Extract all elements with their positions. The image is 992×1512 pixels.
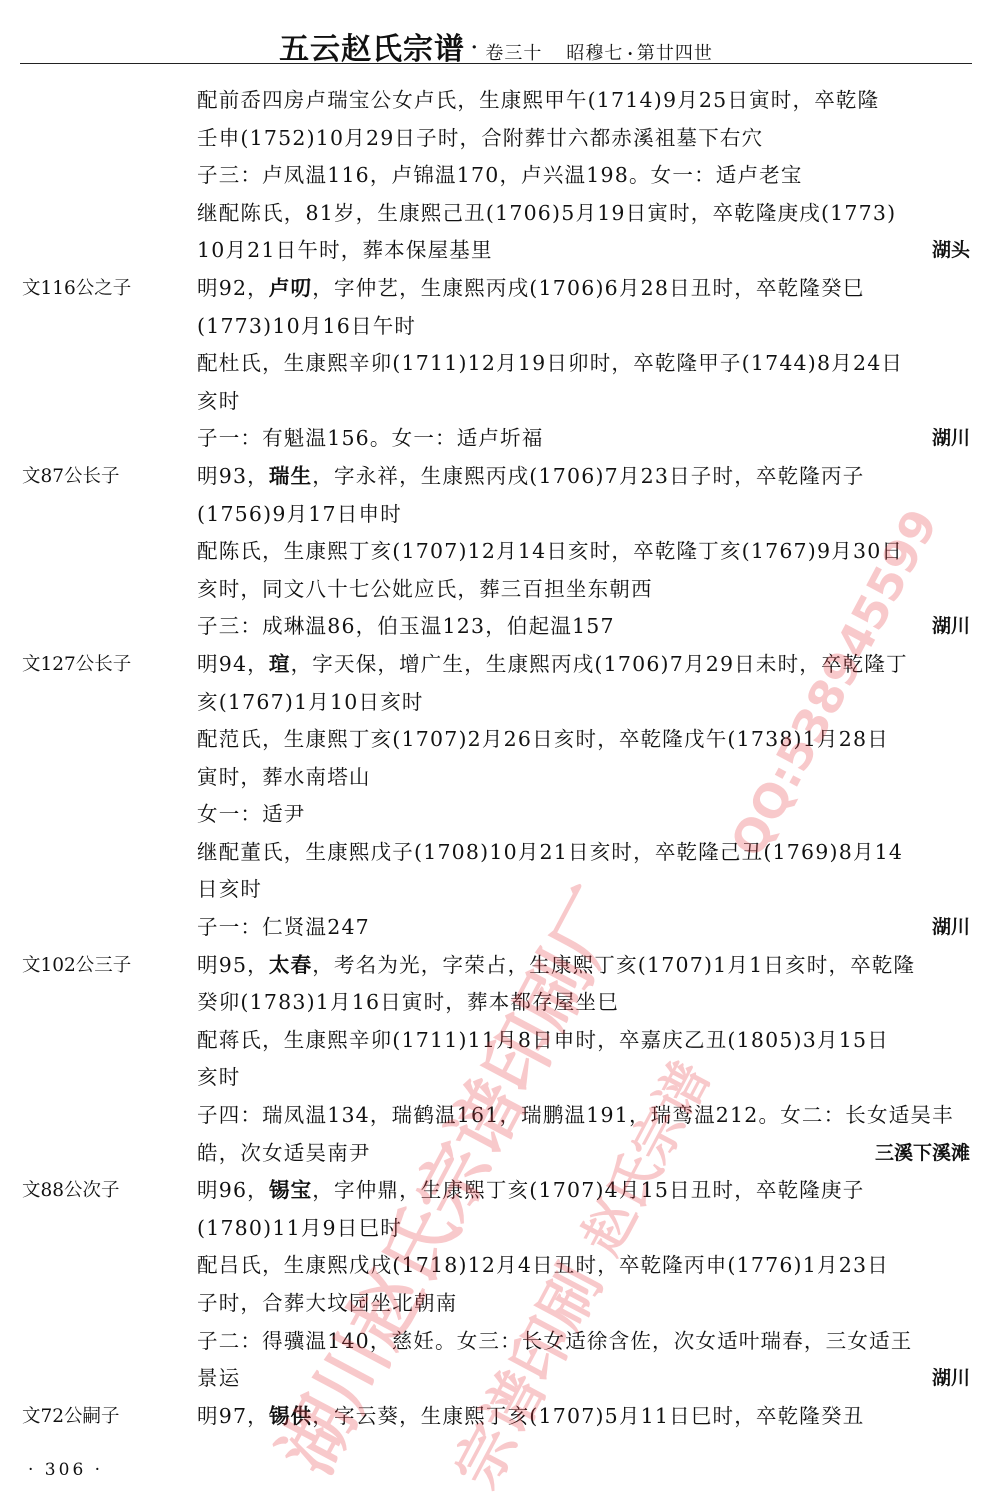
entry-text: 壬申(1752)10月29日子时，合附葬廿六都赤溪祖墓下右穴 [197,120,970,158]
entry-details: 子二：得骥温140，慈妊。女三：长女适徐含佐，次女适叶瑞春，三女适王 [197,1329,912,1353]
entry-details: 配前岙四房卢瑞宝公女卢氏，生康熙甲午(1714)9月25日寅时，卒乾隆 [197,88,879,112]
entry-number: 明96， [197,1178,269,1202]
entry-line: 配陈氏，生康熙丁亥(1707)12月14日亥时，卒乾隆丁亥(1767)9月30日 [0,533,992,571]
entry-text: 亥时 [197,1059,970,1097]
entry-details: 亥时，同文八十七公妣应氏，葬三百担坐东朝西 [197,577,653,601]
entry-text: 亥(1767)1月10日亥时 [197,684,970,722]
entry-first-line: 文72公嗣子明97，锡供，字云葵，生康熙丁亥(1707)5月11日巳时，卒乾隆癸… [0,1398,992,1436]
entry-details: 配杜氏，生康熙辛卯(1711)12月19日卯时，卒乾隆甲子(1744)8月24日 [197,351,903,375]
entry-line: (1773)10月16日午时 [0,308,992,346]
entry-first-line: 文87公长子明93，瑞生，字永祥，生康熙丙戌(1706)7月23日子时，卒乾隆丙… [0,458,992,496]
parent-label: 文116公之子 [22,270,131,308]
entry-text: 癸卯(1783)1月16日寅时，葬本都存屋坐巳 [197,984,970,1022]
entry-details: ，字永祥，生康熙丙戌(1706)7月23日子时，卒乾隆丙子 [312,464,864,488]
entry-details: 壬申(1752)10月29日子时，合附葬廿六都赤溪祖墓下右穴 [197,126,763,150]
entry-text: 明96，锡宝，字仲鼎，生康熙丁亥(1707)4月15日丑时，卒乾隆庚子 [197,1172,970,1210]
entry-details: (1780)11月9日巳时 [197,1216,402,1240]
entry-first-line: 文127公长子明94，瑄，字天保，增广生，生康熙丙戌(1706)7月29日未时，… [0,646,992,684]
entry-line: 配杜氏，生康熙辛卯(1711)12月19日卯时，卒乾隆甲子(1744)8月24日 [0,345,992,383]
entry-details: 子三：成琳温86，伯玉温123，伯起温157 [197,614,615,638]
person-name: 瑄 [269,652,291,676]
entry-details: 配蒋氏，生康熙辛卯(1711)11月8日申时，卒嘉庆乙丑(1805)3月15日 [197,1028,889,1052]
entry-text: 景运 [197,1360,970,1398]
parent-label: 文102公三子 [22,947,131,985]
entry-line: 继配陈氏，81岁，生康熙己丑(1706)5月19日寅时，卒乾隆庚戌(1773) [0,195,992,233]
person-name: 锡宝 [269,1178,312,1202]
entry-details: 亥时 [197,389,240,413]
entry-line: 寅时，葬水南塔山 [0,759,992,797]
title-separator: · [471,37,477,58]
entry-details: 10月21日午时，葬本保屋基里 [197,238,493,262]
entry-details: 子一：有魁温156。女一：适卢圻福 [197,426,544,450]
entry-details: 癸卯(1783)1月16日寅时，葬本都存屋坐巳 [197,990,619,1014]
entry-first-line: 文116公之子明92，卢叨，字仲艺，生康熙丙戌(1706)6月28日丑时，卒乾隆… [0,270,992,308]
entry-number: 明94， [197,652,269,676]
entry-text: 子时，合葬大坟园坐北朝南 [197,1285,970,1323]
entry-line: 继配董氏，生康熙戊子(1708)10月21日亥时，卒乾隆己丑(1769)8月14 [0,834,992,872]
entry-line: 子三：成琳温86，伯玉温123，伯起温157湖川 [0,608,992,646]
entry-line: 子三：卢凤温116，卢锦温170，卢兴温198。女一：适卢老宝 [0,157,992,195]
genealogy-body: 配前岙四房卢瑞宝公女卢氏，生康熙甲午(1714)9月25日寅时，卒乾隆壬申(17… [0,82,992,1435]
entry-line: 配范氏，生康熙丁亥(1707)2月26日亥时，卒乾隆戊午(1738)1月28日 [0,721,992,759]
entry-details: 亥(1767)1月10日亥时 [197,690,424,714]
entry-line: 癸卯(1783)1月16日寅时，葬本都存屋坐巳 [0,984,992,1022]
entry-text: (1756)9月17日申时 [197,496,970,534]
entry-text: 日亥时 [197,871,970,909]
residence-place: 湖川 [932,909,970,947]
entry-text: 配杜氏，生康熙辛卯(1711)12月19日卯时，卒乾隆甲子(1744)8月24日 [197,345,970,383]
parent-label: 文72公嗣子 [22,1398,120,1436]
entry-text: 明94，瑄，字天保，增广生，生康熙丙戌(1706)7月29日未时，卒乾隆丁 [197,646,970,684]
residence-place: 湖川 [932,608,970,646]
parent-label: 文127公长子 [22,646,131,684]
entry-details: 子四：瑞凤温134，瑞鹤温161，瑞鹏温191，瑞鸾温212。女二：长女适吴丰 [197,1103,954,1127]
entry-details: ，字仲艺，生康熙丙戌(1706)6月28日丑时，卒乾隆癸巳 [312,276,864,300]
entry-line: 皓，次女适吴南尹三溪下溪滩 [0,1135,992,1173]
entry-text: 明95，太春，考名为光，字荣占，生康熙丁亥(1707)1月1日亥时，卒乾隆 [197,947,970,985]
entry-details: 女一：适尹 [197,802,306,826]
section-label-a: 昭穆七 [566,43,623,64]
section-label-b: 第廿四世 [637,43,713,64]
entry-text: 亥时，同文八十七公妣应氏，葬三百担坐东朝西 [197,571,970,609]
page-header: 五云赵氏宗谱·卷三十昭穆七·第廿四世 [0,24,992,60]
entry-details: 子时，合葬大坟园坐北朝南 [197,1291,457,1315]
entry-text: 子三：卢凤温116，卢锦温170，卢兴温198。女一：适卢老宝 [197,157,970,195]
entry-text: 亥时 [197,383,970,421]
entry-line: 配蒋氏，生康熙辛卯(1711)11月8日申时，卒嘉庆乙丑(1805)3月15日 [0,1022,992,1060]
entry-text: 女一：适尹 [197,796,970,834]
entry-line: 女一：适尹 [0,796,992,834]
entry-line: 10月21日午时，葬本保屋基里湖头 [0,232,992,270]
entry-details: (1773)10月16日午时 [197,314,416,338]
entry-text: 明97，锡供，字云葵，生康熙丁亥(1707)5月11日巳时，卒乾隆癸丑 [197,1398,970,1436]
entry-first-line: 文88公次子明96，锡宝，字仲鼎，生康熙丁亥(1707)4月15日丑时，卒乾隆庚… [0,1172,992,1210]
page-number: · 306 · [28,1460,103,1480]
entry-details: 配陈氏，生康熙丁亥(1707)12月14日亥时，卒乾隆丁亥(1767)9月30日 [197,539,903,563]
entry-line: 亥时 [0,383,992,421]
entry-line: (1756)9月17日申时 [0,496,992,534]
entry-line: 景运湖川 [0,1360,992,1398]
entry-line: (1780)11月9日巳时 [0,1210,992,1248]
entry-text: 10月21日午时，葬本保屋基里 [197,232,970,270]
entry-details: 继配陈氏，81岁，生康熙己丑(1706)5月19日寅时，卒乾隆庚戌(1773) [197,201,896,225]
entry-line: 子时，合葬大坟园坐北朝南 [0,1285,992,1323]
entry-line: 壬申(1752)10月29日子时，合附葬廿六都赤溪祖墓下右穴 [0,120,992,158]
entry-details: 亥时 [197,1065,240,1089]
entry-text: 子三：成琳温86，伯玉温123，伯起温157 [197,608,970,646]
section-separator: · [627,44,633,63]
entry-details: (1756)9月17日申时 [197,502,402,526]
entry-line: 子一：仁贤温247湖川 [0,909,992,947]
entry-details: 寅时，葬水南塔山 [197,765,371,789]
parent-label: 文88公次子 [22,1172,120,1210]
entry-text: (1773)10月16日午时 [197,308,970,346]
parent-label: 文87公长子 [22,458,120,496]
person-name: 锡供 [269,1404,312,1428]
entry-text: 子一：有魁温156。女一：适卢圻福 [197,420,970,458]
book-title: 五云赵氏宗谱 [279,32,465,67]
entry-line: 配吕氏，生康熙戊戌(1718)12月4日丑时，卒乾隆丙申(1776)1月23日 [0,1247,992,1285]
entry-text: 继配陈氏，81岁，生康熙己丑(1706)5月19日寅时，卒乾隆庚戌(1773) [197,195,970,233]
entry-line: 亥时，同文八十七公妣应氏，葬三百担坐东朝西 [0,571,992,609]
entry-number: 明95， [197,953,269,977]
entry-text: 明93，瑞生，字永祥，生康熙丙戌(1706)7月23日子时，卒乾隆丙子 [197,458,970,496]
entry-text: 配陈氏，生康熙丁亥(1707)12月14日亥时，卒乾隆丁亥(1767)9月30日 [197,533,970,571]
entry-number: 明97， [197,1404,269,1428]
entry-line: 子四：瑞凤温134，瑞鹤温161，瑞鹏温191，瑞鸾温212。女二：长女适吴丰 [0,1097,992,1135]
entry-text: 配蒋氏，生康熙辛卯(1711)11月8日申时，卒嘉庆乙丑(1805)3月15日 [197,1022,970,1060]
header-rule [20,63,972,64]
entry-text: (1780)11月9日巳时 [197,1210,970,1248]
person-name: 卢叨 [269,276,312,300]
entry-number: 明93， [197,464,269,488]
volume-label: 卷三十 [485,43,542,64]
entry-text: 子二：得骥温140，慈妊。女三：长女适徐含佐，次女适叶瑞春，三女适王 [197,1323,970,1361]
entry-details: 配吕氏，生康熙戊戌(1718)12月4日丑时，卒乾隆丙申(1776)1月23日 [197,1253,889,1277]
entry-text: 子一：仁贤温247 [197,909,970,947]
entry-text: 继配董氏，生康熙戊子(1708)10月21日亥时，卒乾隆己丑(1769)8月14 [197,834,970,872]
entry-line: 子一：有魁温156。女一：适卢圻福湖川 [0,420,992,458]
entry-details: 景运 [197,1366,240,1390]
entry-details: 皓，次女适吴南尹 [197,1141,371,1165]
person-name: 瑞生 [269,464,312,488]
entry-text: 寅时，葬水南塔山 [197,759,970,797]
entry-line: 日亥时 [0,871,992,909]
entry-text: 配吕氏，生康熙戊戌(1718)12月4日丑时，卒乾隆丙申(1776)1月23日 [197,1247,970,1285]
entry-line: 配前岙四房卢瑞宝公女卢氏，生康熙甲午(1714)9月25日寅时，卒乾隆 [0,82,992,120]
entry-details: ，字云葵，生康熙丁亥(1707)5月11日巳时，卒乾隆癸丑 [312,1404,864,1428]
entry-details: 日亥时 [197,877,262,901]
entry-text: 配前岙四房卢瑞宝公女卢氏，生康熙甲午(1714)9月25日寅时，卒乾隆 [197,82,970,120]
entry-details: 子三：卢凤温116，卢锦温170，卢兴温198。女一：适卢老宝 [197,163,803,187]
entry-text: 子四：瑞凤温134，瑞鹤温161，瑞鹏温191，瑞鸾温212。女二：长女适吴丰 [197,1097,970,1135]
entry-details: 子一：仁贤温247 [197,915,370,939]
entry-line: 亥(1767)1月10日亥时 [0,684,992,722]
entry-details: ，字仲鼎，生康熙丁亥(1707)4月15日丑时，卒乾隆庚子 [312,1178,864,1202]
entry-line: 子二：得骥温140，慈妊。女三：长女适徐含佐，次女适叶瑞春，三女适王 [0,1323,992,1361]
entry-details: 继配董氏，生康熙戊子(1708)10月21日亥时，卒乾隆己丑(1769)8月14 [197,840,903,864]
entry-details: ，考名为光，字荣占，生康熙丁亥(1707)1月1日亥时，卒乾隆 [312,953,915,977]
person-name: 太春 [269,953,312,977]
entry-number: 明92， [197,276,269,300]
entry-text: 配范氏，生康熙丁亥(1707)2月26日亥时，卒乾隆戊午(1738)1月28日 [197,721,970,759]
entry-text: 皓，次女适吴南尹 [197,1135,970,1173]
entry-details: 配范氏，生康熙丁亥(1707)2月26日亥时，卒乾隆戊午(1738)1月28日 [197,727,889,751]
residence-place: 湖川 [932,1360,970,1398]
entry-text: 明92，卢叨，字仲艺，生康熙丙戌(1706)6月28日丑时，卒乾隆癸巳 [197,270,970,308]
residence-place: 湖头 [932,232,970,270]
residence-place: 湖川 [932,420,970,458]
entry-details: ，字天保，增广生，生康熙丙戌(1706)7月29日未时，卒乾隆丁 [291,652,908,676]
entry-first-line: 文102公三子明95，太春，考名为光，字荣占，生康熙丁亥(1707)1月1日亥时… [0,947,992,985]
entry-line: 亥时 [0,1059,992,1097]
residence-place: 三溪下溪滩 [875,1135,970,1173]
